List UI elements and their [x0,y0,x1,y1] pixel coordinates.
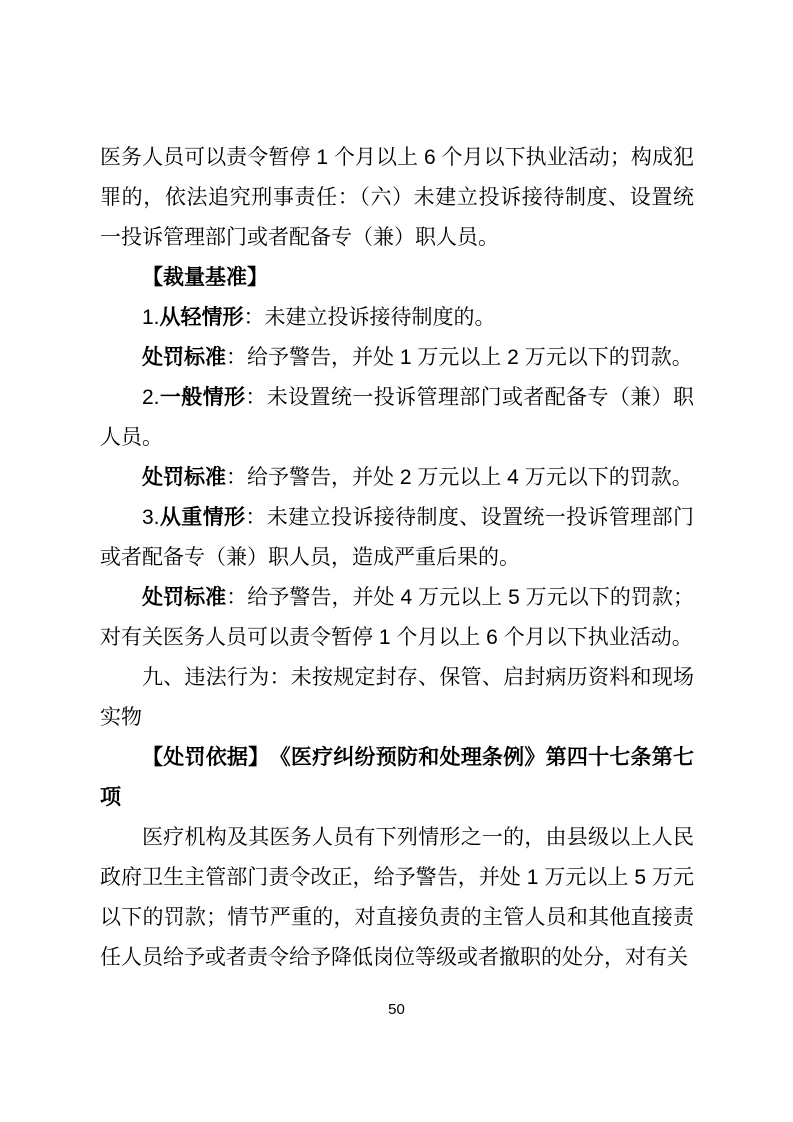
regulation-body: 医疗机构及其医务人员有下列情形之一的，由县级以上人民政府卫生主管部门责令改正，给… [100,818,694,978]
text-run: 九、违法行为：未按规定封存、保管、启封病历资料和现场实物 [100,666,694,729]
penalty-standard-1: 处罚标准：给予警告，并处 1 万元以上 2 万元以下的罚款。 [100,338,694,378]
penalty-standard-2: 处罚标准：给予警告，并处 2 万元以上 4 万元以下的罚款。 [100,458,694,498]
text-run: 【裁量基准】 [142,266,268,289]
text-run: 处罚标准 [142,586,226,609]
text-run: 1. [142,306,160,329]
text-run: ：未建立投诉接待制度的。 [244,306,496,329]
text-run: 医疗机构及其医务人员有下列情形之一的，由县级以上人民政府卫生主管部门责令改正，给… [100,826,694,969]
heading-penalty-basis: 【处罚依据】 《医疗纠纷预防和处理条例》第四十七条第七项 [100,738,694,818]
text-run: 2. [142,386,160,409]
page-number: 50 [0,1000,793,1020]
text-run: 处罚标准 [142,346,226,369]
text-run: 从轻情形 [160,306,244,329]
item-1-lenient: 1.从轻情形：未建立投诉接待制度的。 [100,298,694,338]
document-body: 医务人员可以责令暂停 1 个月以上 6 个月以下执业活动；构成犯罪的，依法追究刑… [100,138,694,978]
heading-discretion-basis: 【裁量基准】 [100,258,694,298]
text-run: 医务人员可以责令暂停 1 个月以上 6 个月以下执业活动；构成犯罪的，依法追究刑… [100,146,694,249]
text-run: 3. [142,506,160,529]
document-page: 医务人员可以责令暂停 1 个月以上 6 个月以下执业活动；构成犯罪的，依法追究刑… [0,0,793,1122]
text-run: ：给予警告，并处 1 万元以上 2 万元以下的罚款。 [226,346,693,369]
text-run: 处罚标准 [142,466,226,489]
text-run: ：给予警告，并处 2 万元以上 4 万元以下的罚款。 [226,466,693,489]
item-2-general: 2.一般情形：未设置统一投诉管理部门或者配备专（兼）职人员。 [100,378,694,458]
text-run: 【处罚依据】 《医疗纠纷预防和处理条例》第四十七条第七项 [100,746,694,809]
violation-9: 九、违法行为：未按规定封存、保管、启封病历资料和现场实物 [100,658,694,738]
text-run: 从重情形 [160,506,246,529]
continuation-paragraph: 医务人员可以责令暂停 1 个月以上 6 个月以下执业活动；构成犯罪的，依法追究刑… [100,138,694,258]
item-3-severe: 3.从重情形：未建立投诉接待制度、设置统一投诉管理部门或者配备专（兼）职人员，造… [100,498,694,578]
text-run: 一般情形 [160,386,246,409]
penalty-standard-3: 处罚标准：给予警告，并处 4 万元以上 5 万元以下的罚款；对有关医务人员可以责… [100,578,694,658]
